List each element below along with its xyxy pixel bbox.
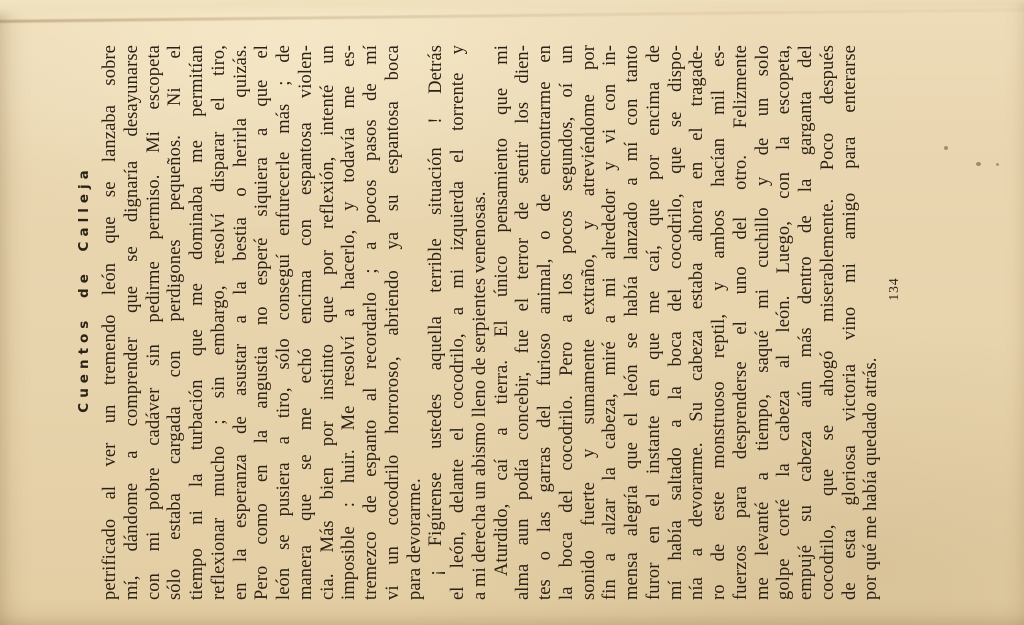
text-line: tiempo ni la turbación que me dominaba m… [187, 45, 209, 600]
text-line: me levanté a tiempo, saqué mi cuchillo y… [753, 45, 775, 600]
scanned-book-page: Cuentos de Calleja petrificado al ver un… [0, 0, 1024, 625]
paper-speck [996, 163, 999, 166]
text-line: mensa alegría que el león se había lanza… [622, 45, 644, 600]
text-line: el león, delante el cocodrilo, a mi izqu… [448, 45, 470, 600]
text-line: fin a alzar la cabeza, miré a mi alreded… [600, 45, 622, 600]
text-line: cia. Más bien por instinto que por refle… [318, 45, 340, 600]
text-line: reflexionar mucho ; sin embargo, resolví… [209, 45, 231, 600]
text-line: ro de este monstruoso reptil, y ambos ha… [709, 45, 731, 600]
paper-speck [944, 146, 948, 150]
text-line: tes o las garras del furioso animal, o d… [535, 45, 557, 600]
text-line: mí había saltado a la boca del cocodrilo… [666, 45, 688, 600]
page-number: 134 [886, 0, 902, 625]
text-line: por qué me había quedado atrás. [861, 45, 883, 600]
text-line: Aturdido, caí a tierra. El único pensami… [492, 45, 514, 600]
text-line: a mi derecha un abismo lleno de serpient… [470, 45, 492, 600]
text-line: la boca del cocodrilo. Pero a los pocos … [557, 45, 579, 600]
text-line: mí, dándome a comprender que se dignaría… [122, 45, 144, 600]
text-line: para devorarme. [405, 45, 427, 600]
text-line: petrificado al ver un tremendo león que … [100, 45, 122, 600]
text-line: manera que se me echó encima con espanto… [296, 45, 318, 600]
text-line: sonido fuerte y sumamente extraño, y atr… [579, 45, 601, 600]
text-line: empujé su cabeza aún más dentro de la ga… [796, 45, 818, 600]
text-line: en la esperanza de asustar a la bestia o… [231, 45, 253, 600]
paper-speck [976, 162, 981, 166]
text-line: golpe corté la cabeza al león. Luego, co… [774, 45, 796, 600]
text-line: alma aun podía concebir, fue el terror d… [513, 45, 535, 600]
text-line: tremezco de espanto al recordarlo ; a po… [361, 45, 383, 600]
text-line: sólo estaba cargada con perdigones peque… [165, 45, 187, 600]
body-text: petrificado al ver un tremendo león que … [100, 45, 883, 600]
paper-speck [130, 585, 133, 588]
text-line: fuerzos para desprenderse el uno del otr… [731, 45, 753, 600]
text-line: de esta gloriosa victoria vino mi amigo … [840, 45, 862, 600]
text-line: Pero como en la angustia no esperé siqui… [252, 45, 274, 600]
running-header: Cuentos de Calleja [76, 0, 92, 625]
page-rotated-content: Cuentos de Calleja petrificado al ver un… [0, 0, 1024, 625]
text-line: vi un cocodrilo horroroso, abriendo ya s… [383, 45, 405, 600]
text-line: furor en el instante en que me caí, que … [644, 45, 666, 600]
text-line: león se pusiera a tiro, sólo conseguí en… [274, 45, 296, 600]
text-line: con mi pobre cadáver sin pedirme permiso… [144, 45, 166, 600]
text-line: imposible : huir. Me resolví a hacerlo, … [339, 45, 361, 600]
text-line: cocodrilo, que se ahogó miserablemente. … [818, 45, 840, 600]
text-line: ¡ Figúrense ustedes aquella terrible sit… [426, 45, 448, 600]
text-line: nía a devorarme. Su cabeza estaba ahora … [687, 45, 709, 600]
